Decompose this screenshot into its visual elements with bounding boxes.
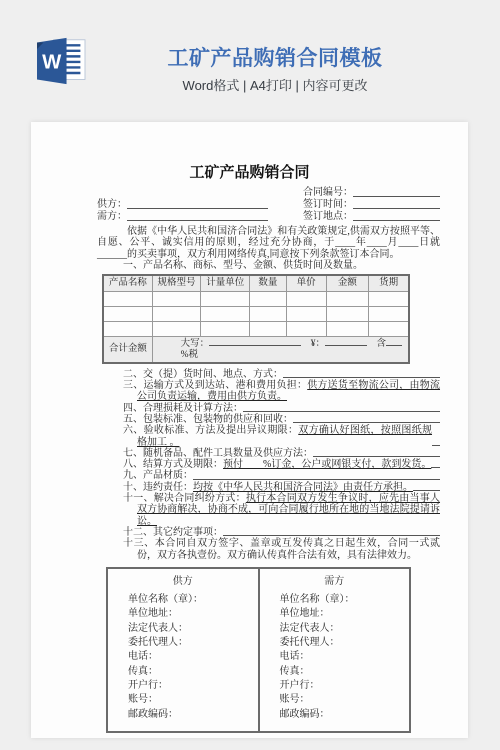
clause-item: 十三、本合同自双方签字、盖章或互发传真之日起生效，合同一式贰份，双方各执壹份。双… (97, 538, 440, 561)
contract-meta-right: 合同编号：签订时间：签订地点： (303, 186, 440, 222)
signature-row: 邮政编码： (280, 708, 410, 722)
contract-intro: 依据《中华人民共和国济合同法》和有关政策规定,供需双方按照平等、自愿、公平、诚实… (97, 226, 440, 260)
banner-title: 工矿产品购销合同模板 (92, 42, 458, 72)
signature-row: 电话： (128, 650, 258, 664)
clause-item: 四、合理损耗及计算方法： (97, 403, 440, 414)
signature-row: 账号： (280, 693, 410, 707)
contract-meta: 供方：需方： 合同编号：签订时间：签订地点： (97, 186, 440, 222)
signature-row: 单位地址： (128, 607, 258, 621)
buyer-rows: 单位名称（章）：单位地址：法定代表人：委托代理人：电话：传真：开户行：账号：邮政… (280, 593, 410, 722)
word-icon: W (31, 37, 91, 85)
supplier-rows: 单位名称（章）：单位地址：法定代表人：委托代理人：电话：传真：开户行：账号：邮政… (128, 593, 258, 722)
meta-line: 签订时间： (303, 198, 440, 210)
signature-row: 开户行： (280, 679, 410, 693)
contract-parties: 供方：需方： (97, 198, 268, 222)
clause-item: 二、交（提）货时间、地点、方式： (97, 369, 440, 380)
signature-row: 法定代表人： (128, 622, 258, 636)
signature-row: 邮政编码： (128, 708, 258, 722)
signature-buyer-cell: 需方 单位名称（章）：单位地址：法定代表人：委托代理人：电话：传真：开户行：账号… (259, 568, 411, 732)
meta-line: 需方： (97, 210, 268, 222)
product-table-row (103, 292, 409, 307)
product-table-header: 产品名称规格型号计量单位数量单价金额货期 (103, 275, 409, 292)
signature-row: 账号： (128, 693, 258, 707)
meta-line: 合同编号： (303, 186, 440, 198)
signature-row: 单位名称（章）： (280, 593, 410, 607)
word-icon-letter: W (42, 51, 62, 73)
signature-supplier-cell: 供方 单位名称（章）：单位地址：法定代表人：委托代理人：电话：传真：开户行：账号… (107, 568, 259, 732)
meta-line: 供方： (97, 198, 268, 210)
product-table-row (103, 322, 409, 337)
clause-item: 十、违约责任：均按《中华人民共和国济合同法》由责任方承担。 (97, 482, 440, 493)
contract-title: 工矿产品购销合同 (31, 164, 468, 182)
clause-item: 六、验收标准、方法及提出异议期限：双方确认好图纸，按照图纸规格加工 。 (97, 425, 440, 448)
clause-item: 九、产品材质： (97, 470, 440, 481)
signature-row: 电话： (280, 650, 410, 664)
signature-row: 传真： (128, 665, 258, 679)
clause-item: 十二、其它约定事项： (97, 527, 440, 538)
signature-row: 开户行： (128, 679, 258, 693)
signature-row: 委托代理人： (128, 636, 258, 650)
clause-list: 二、交（提）货时间、地点、方式：三、运输方式及到达站、港和费用负担：供方送货至物… (97, 369, 440, 561)
product-table-total-row: 合计金额大写： ¥： 含%税 (103, 337, 409, 363)
clause-item-one: 一、产品名称、商标、型号、金额、供货时间及数量。 (97, 260, 440, 271)
supplier-header: 供方 (128, 574, 258, 593)
clause-item: 五、包装标准、包装物的供应和回收： (97, 414, 440, 425)
signature-row: 单位地址： (280, 607, 410, 621)
banner: W 工矿产品购销合同模板 Word格式 | A4打印 | 内容可更改 (0, 0, 500, 122)
document-page: 工矿产品购销合同 供方：需方： 合同编号：签订时间：签订地点： 依据《中华人民共… (31, 122, 468, 738)
clause-item: 十一、解决合同纠纷方式：执行本合同双方发生争议时，应先由当事人双方协商解决，协商… (97, 493, 440, 527)
signature-row: 法定代表人： (280, 622, 410, 636)
banner-subtitle: Word格式 | A4打印 | 内容可更改 (92, 75, 458, 94)
signature-table: 供方 单位名称（章）：单位地址：法定代表人：委托代理人：电话：传真：开户行：账号… (106, 567, 411, 733)
signature-row: 委托代理人： (280, 636, 410, 650)
product-table-row (103, 307, 409, 322)
meta-line: 签订地点： (303, 210, 440, 222)
clause-item: 七、随机备品、配件工具数量及供应方法： (97, 448, 440, 459)
clause-item: 三、运输方式及到达站、港和费用负担：供方送货至物流公司，由物流公司负责运输，费用… (97, 380, 440, 403)
clause-item: 八、结算方式及期限：预付 %订金，公户或网银支付，款到发货。 (97, 459, 440, 470)
signature-row: 传真： (280, 665, 410, 679)
signature-row: 单位名称（章）： (128, 593, 258, 607)
product-table: 产品名称规格型号计量单位数量单价金额货期 合计金额大写： ¥： 含%税 (102, 274, 410, 364)
buyer-header: 需方 (280, 574, 410, 593)
